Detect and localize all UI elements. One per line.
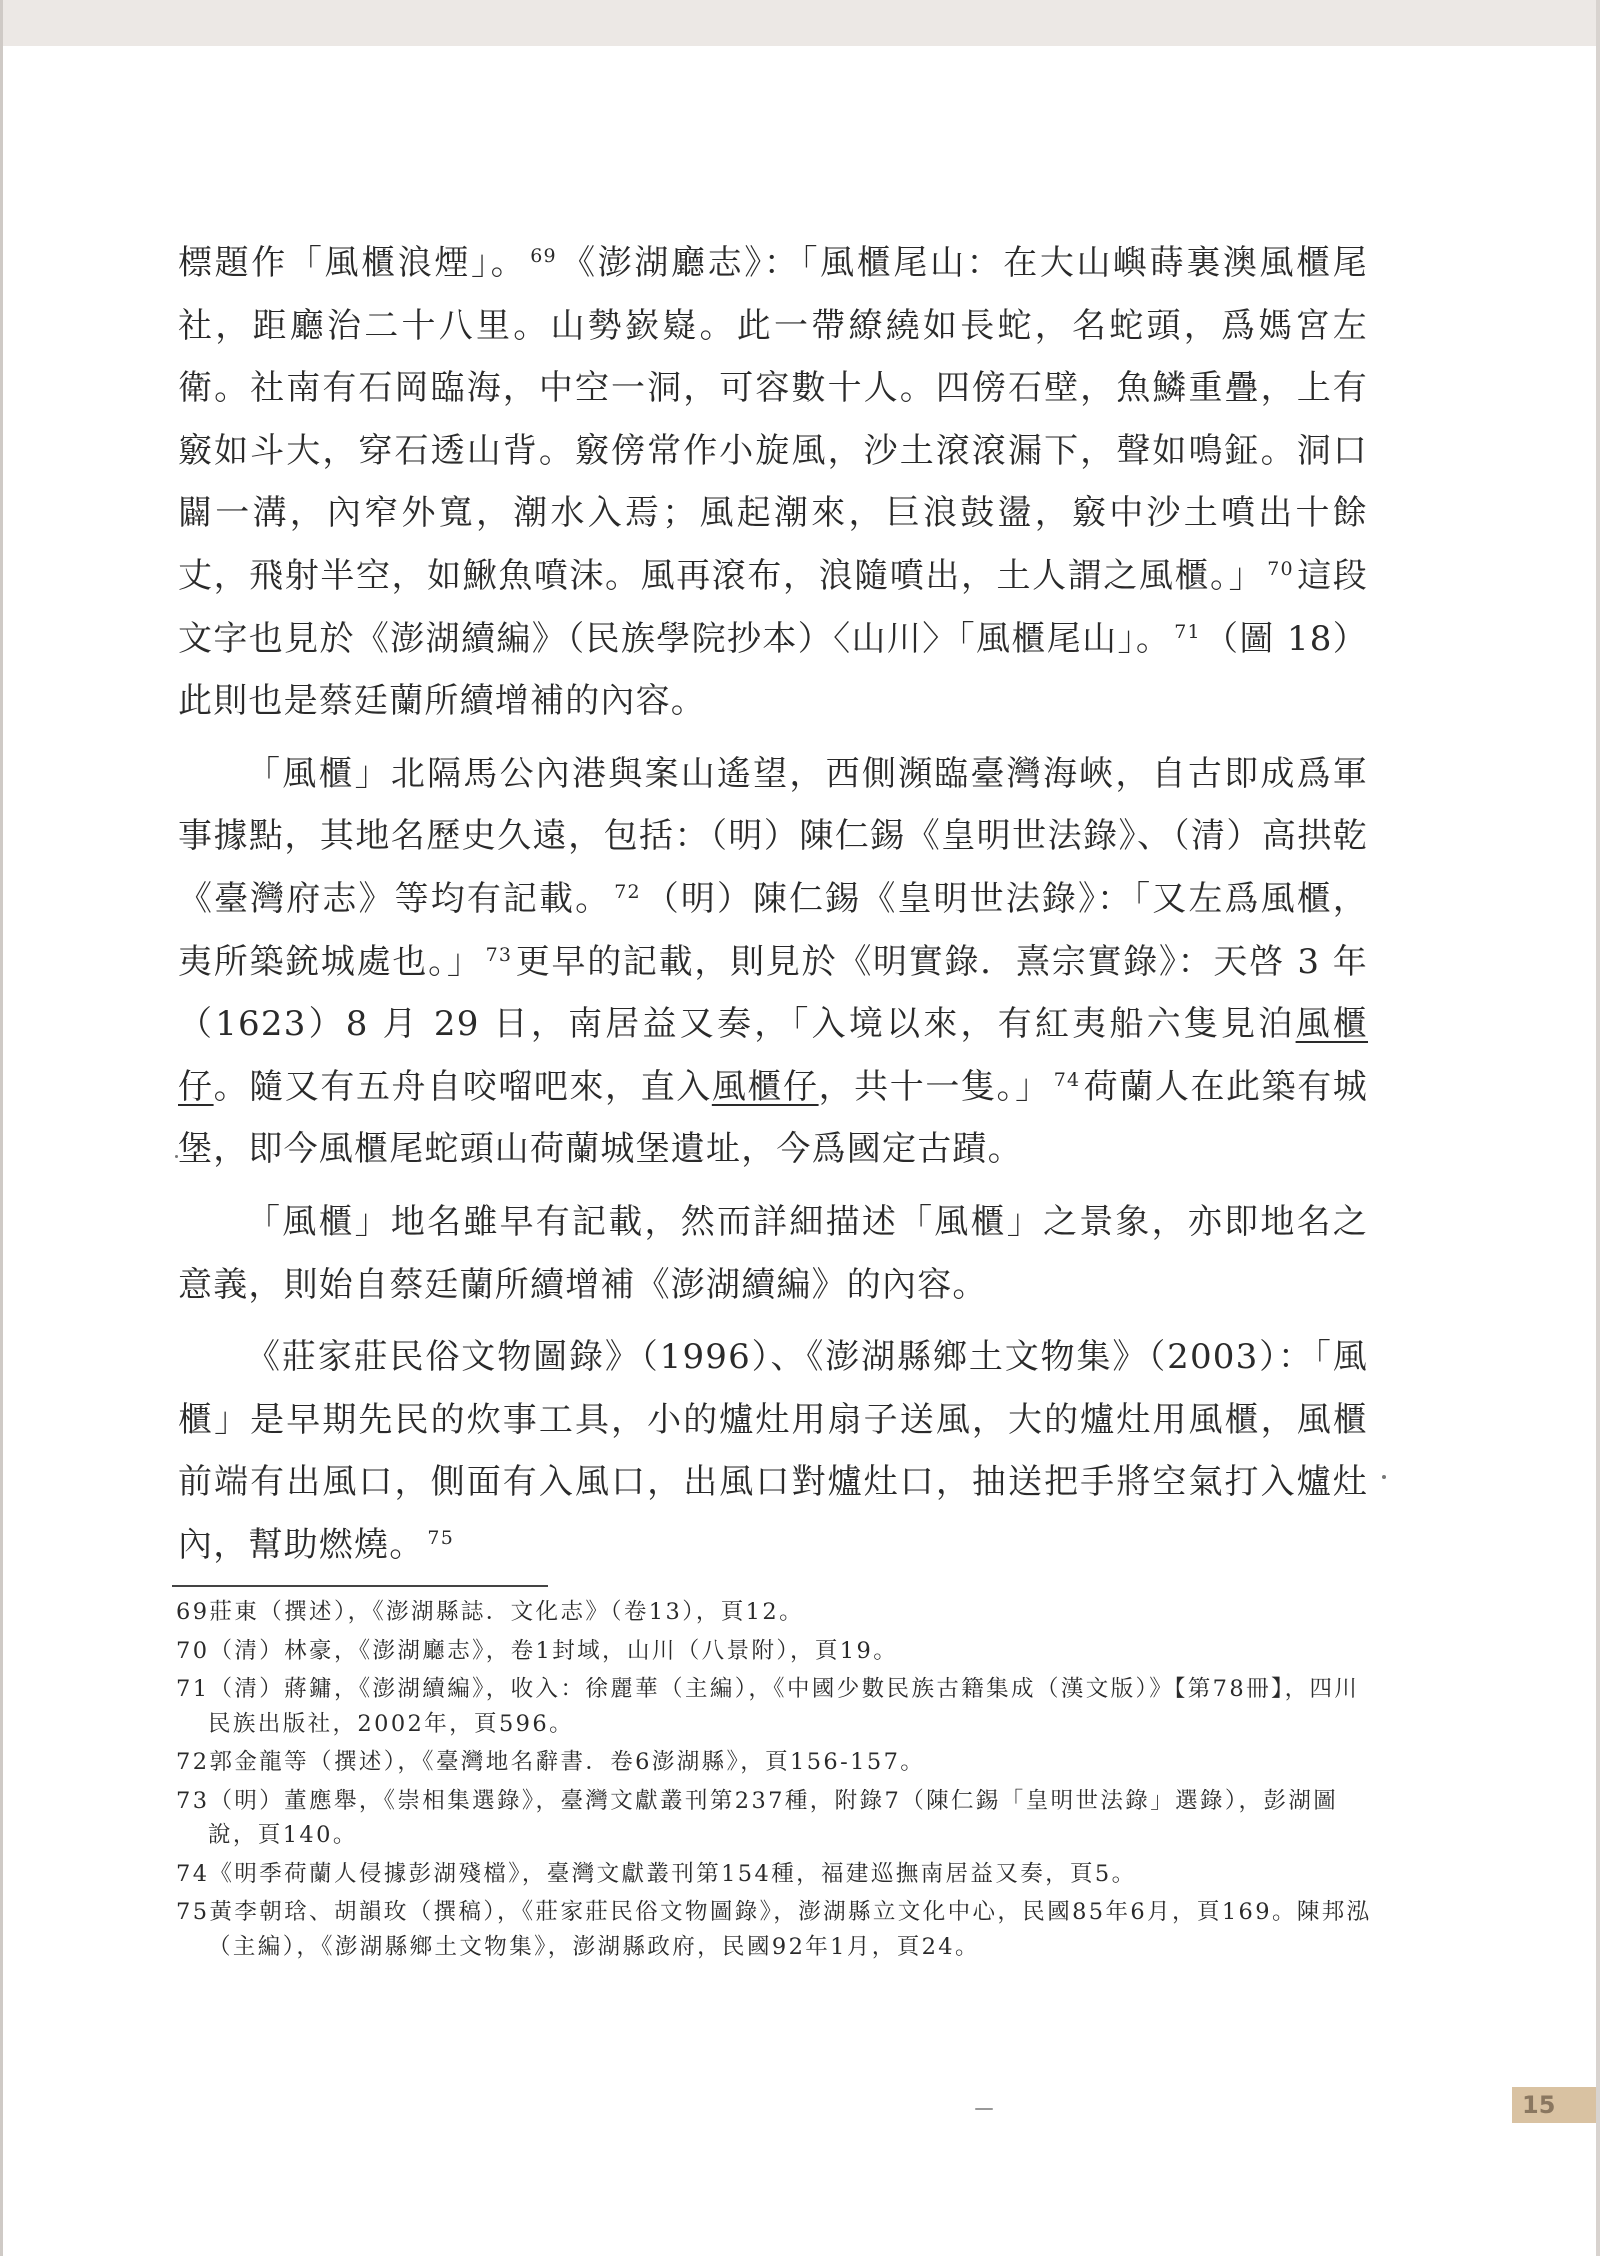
scan-left-edge [0,0,3,2256]
footnote-item: 74《明季荷蘭人侵據彭湖殘檔》，臺灣文獻叢刊第154種，福建巡撫南居益又奏，頁5… [176,1857,1376,1892]
footnote-text: 黃李朝琀、胡韻玫（撰稿），《莊家莊民俗文物圖錄》，澎湖縣立文化中心，民國85年6… [208,1899,1372,1960]
footnote-number: 72 [176,1749,209,1775]
main-body-text: 標題作「風櫃浪煙」。69《澎湖廳志》：「風櫃尾山：在大山嶼蒔裏澳風櫃尾社，距廳治… [178,232,1368,1586]
footnote-reference[interactable]: 73 [486,944,513,966]
footnote-reference[interactable]: 69 [530,245,557,267]
footnote-reference[interactable]: 75 [427,1527,454,1549]
underlined-term: 風櫃仔 [712,1067,819,1107]
footnote-item: 73（明）董應舉，《崇相集選錄》，臺灣文獻叢刊第237種，附錄7（陳仁錫「皇明世… [176,1784,1376,1853]
scan-speck [1382,1475,1386,1479]
footnote-reference[interactable]: 71 [1174,621,1201,643]
footnote-reference[interactable]: 72 [614,881,641,903]
footnote-item: 69莊東（撰述），《澎湖縣誌．文化志》（卷13），頁12。 [176,1595,1376,1630]
footnote-item: 72郭金龍等（撰述），《臺灣地名辭書．卷6澎湖縣》，頁156-157。 [176,1745,1376,1780]
text-run: ，共十一隻。」 [819,1067,1051,1107]
scan-top-band [0,0,1600,46]
footnotes-section: 69莊東（撰述），《澎湖縣誌．文化志》（卷13），頁12。70（清）林豪，《澎湖… [176,1595,1376,1968]
body-paragraph: 《莊家莊民俗文物圖錄》（1996）、《澎湖縣鄉土文物集》（2003）：「風櫃」是… [178,1326,1368,1576]
footnote-text: （明）董應舉，《崇相集選錄》，臺灣文獻叢刊第237種，附錄7（陳仁錫「皇明世法錄… [208,1788,1338,1849]
footnote-reference[interactable]: 74 [1054,1069,1081,1091]
footnote-text: 莊東（撰述），《澎湖縣誌．文化志》（卷13），頁12。 [209,1599,804,1625]
footnote-number: 75 [176,1899,209,1925]
footnote-number: 74 [176,1861,209,1887]
text-run: 《澎湖廳志》：「風櫃尾山：在大山嶼蒔裏澳風櫃尾社，距廳治二十八里。山勢嶔嶷。此一… [178,243,1368,596]
body-paragraph: 標題作「風櫃浪煙」。69《澎湖廳志》：「風櫃尾山：在大山嶼蒔裏澳風櫃尾社，距廳治… [178,232,1368,733]
body-paragraph: 「風櫃」北隔馬公內港與案山遙望，西側瀕臨臺灣海峽，自古即成爲軍事據點，其地名歷史… [178,743,1368,1181]
text-run: 《莊家莊民俗文物圖錄》（1996）、《澎湖縣鄉土文物集》（2003）：「風櫃」是… [178,1337,1368,1565]
footnote-number: 73 [176,1788,209,1814]
text-run: 。隨又有五舟自咬𠺕吧來，直入 [214,1067,712,1107]
text-run: 標題作「風櫃浪煙」。 [178,243,527,283]
body-paragraph: 「風櫃」地名雖早有記載，然而詳細描述「風櫃」之景象，亦即地名之意義，則始自蔡廷蘭… [178,1191,1368,1316]
footnote-text: （清）林豪，《澎湖廳志》，卷1封域，山川（八景附），頁19。 [209,1638,898,1664]
footnote-number: 70 [176,1638,209,1664]
footnote-number: 69 [176,1599,209,1625]
text-run: 「風櫃」地名雖早有記載，然而詳細描述「風櫃」之景象，亦即地名之意義，則始自蔡廷蘭… [178,1202,1368,1305]
footnote-text: 《明季荷蘭人侵據彭湖殘檔》，臺灣文獻叢刊第154種，福建巡撫南居益又奏，頁5。 [209,1861,1136,1887]
page-number-badge: 15 [1512,2087,1596,2123]
footnote-text: 郭金龍等（撰述），《臺灣地名辭書．卷6澎湖縣》，頁156-157。 [209,1749,925,1775]
footnote-item: 75黃李朝琀、胡韻玫（撰稿），《莊家莊民俗文物圖錄》，澎湖縣立文化中心，民國85… [176,1895,1376,1964]
footnote-number: 71 [176,1676,209,1702]
scan-speck [175,1155,178,1158]
footnote-text: （清）蔣鏞，《澎湖續編》，收入：徐麗華（主編），《中國少數民族古籍集成（漢文版）… [208,1676,1359,1737]
footnote-reference[interactable]: 70 [1267,558,1294,580]
footnote-item: 70（清）林豪，《澎湖廳志》，卷1封域，山川（八景附），頁19。 [176,1634,1376,1669]
scan-right-edge [1596,0,1600,2256]
scan-speck [975,2108,993,2110]
footnote-item: 71（清）蔣鏞，《澎湖續編》，收入：徐麗華（主編），《中國少數民族古籍集成（漢文… [176,1672,1376,1741]
footnote-divider [172,1585,548,1587]
